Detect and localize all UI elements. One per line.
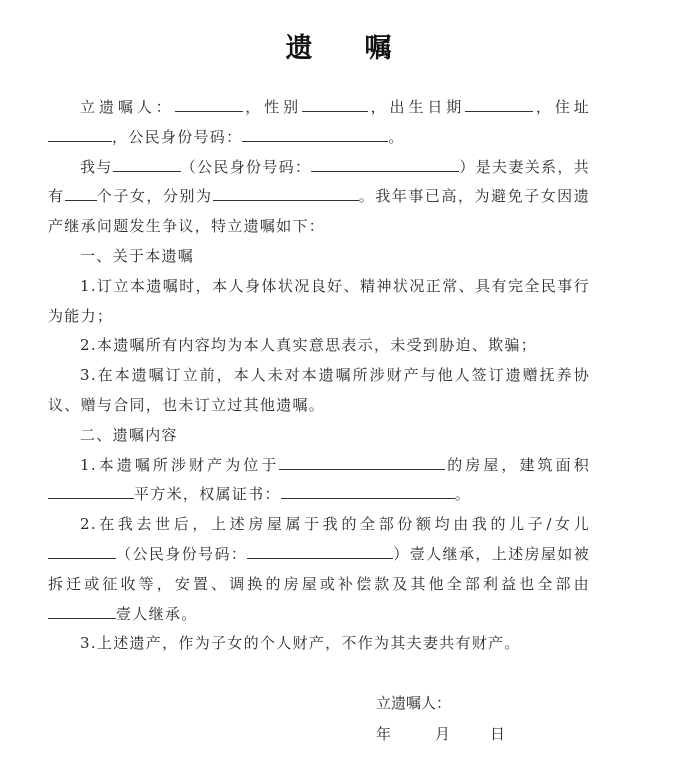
document-body: 立遗嘱人：，性别，出生日期，住址，公民身份号码：。 我与（公民身份号码：）是夫妻…	[48, 93, 590, 659]
text: 2.在我去世后，上述房屋属于我的全部份额均由我的儿子/女儿	[80, 515, 590, 533]
text: ，公民身份号码：	[112, 128, 242, 146]
day-label: 日	[490, 723, 505, 744]
text: 。	[455, 485, 471, 503]
text: （公民身份号码：	[181, 158, 312, 176]
text: 立遗嘱人：	[80, 98, 175, 116]
signature-label: 立遗嘱人：	[376, 692, 451, 713]
list-item: 2.在我去世后，上述房屋属于我的全部份额均由我的儿子/女儿（公民身份号码：）壹人…	[48, 510, 590, 629]
testator-info-paragraph: 立遗嘱人：，性别，出生日期，住址，公民身份号码：。	[48, 93, 590, 153]
heir-name-blank[interactable]	[48, 543, 116, 559]
property-location-blank[interactable]	[279, 454, 445, 470]
heir-name-blank-2[interactable]	[48, 603, 116, 619]
text: 。	[388, 128, 404, 146]
text: 壹人继承。	[116, 605, 198, 623]
children-count-blank[interactable]	[65, 185, 97, 201]
birthdate-blank[interactable]	[465, 96, 533, 112]
list-item: 3.上述遗产，作为子女的个人财产，不作为其夫妻共有财产。	[48, 629, 590, 659]
address-blank[interactable]	[48, 126, 112, 142]
text: ，住址	[533, 98, 590, 116]
list-item: 1.本遗嘱所涉财产为位于的房屋，建筑面积平方米，权属证书：。	[48, 451, 590, 511]
area-blank[interactable]	[48, 483, 134, 499]
list-item: 3.在本遗嘱订立前，本人未对本遗嘱所涉财产与他人签订遗赠抚养协议、赠与合同，也未…	[48, 361, 590, 421]
text: 平方米，权属证书：	[134, 485, 281, 503]
id-number-blank[interactable]	[242, 126, 388, 142]
heir-id-blank[interactable]	[247, 543, 393, 559]
text: ，性别	[243, 98, 302, 116]
title-char: 遗	[286, 26, 313, 65]
certificate-blank[interactable]	[281, 483, 455, 499]
text: （公民身份号码：	[116, 545, 247, 563]
title-char: 嘱	[365, 26, 392, 65]
text: 我与	[80, 158, 113, 176]
text: 个子女，分别为	[97, 187, 213, 205]
year-label: 年	[376, 723, 391, 744]
text: ）是夫妻关系，	[459, 158, 573, 176]
text: 的房屋，建筑面积	[445, 456, 590, 474]
text: ，出生日期	[368, 98, 465, 116]
document-title: 遗嘱	[0, 26, 677, 65]
month-label: 月	[435, 723, 450, 744]
signature-date: 年月日	[376, 723, 505, 744]
spouse-paragraph: 我与（公民身份号码：）是夫妻关系，共有个子女，分别为。我年事已高，为避免子女因遗…	[48, 153, 590, 242]
gender-blank[interactable]	[302, 96, 368, 112]
list-item: 1.订立本遗嘱时，本人身体状况良好、精神状况正常、具有完全民事行为能力；	[48, 272, 590, 332]
section-heading-1: 一、关于本遗嘱	[48, 242, 590, 272]
section-heading-2: 二、遗嘱内容	[48, 421, 590, 451]
children-names-blank[interactable]	[213, 185, 359, 201]
name-blank[interactable]	[175, 96, 243, 112]
spouse-name-blank[interactable]	[113, 156, 181, 172]
list-item: 2.本遗嘱所有内容均为本人真实意思表示，未受到胁迫、欺骗；	[48, 331, 590, 361]
text: 1.本遗嘱所涉财产为位于	[80, 456, 279, 474]
spouse-id-blank[interactable]	[311, 156, 459, 172]
